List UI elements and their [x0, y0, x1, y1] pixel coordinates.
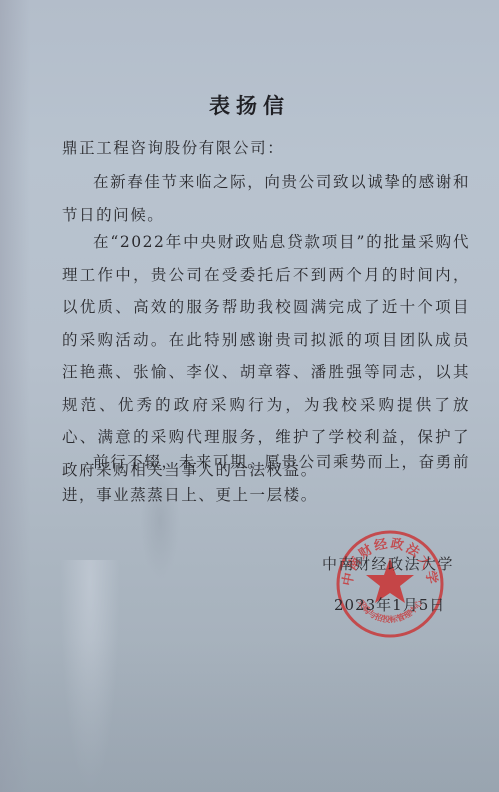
- letter-paragraph-greeting: 在新春佳节来临之际，向贵公司致以诚挚的感谢和节日的问候。: [62, 166, 470, 231]
- letter-salutation: 鼎正工程咨询股份有限公司：: [62, 136, 284, 158]
- letter-date: 2023年1月5日: [334, 594, 445, 615]
- official-seal-stamp: 中南财经政法大学 采购与招投标管理中心: [334, 528, 446, 640]
- page-bottom-shadow: [0, 640, 499, 792]
- seal-star-icon: 中南财经政法大学 采购与招投标管理中心: [334, 528, 446, 640]
- paper-fold-highlight: [60, 560, 120, 792]
- signer-organization: 中南财经政法大学: [322, 553, 454, 574]
- letter-title: 表扬信: [0, 90, 499, 120]
- letter-paragraph-closing: 前行不辍，未来可期。愿贵公司乘势而上，奋勇前进，事业蒸蒸日上、更上一层楼。: [62, 446, 470, 511]
